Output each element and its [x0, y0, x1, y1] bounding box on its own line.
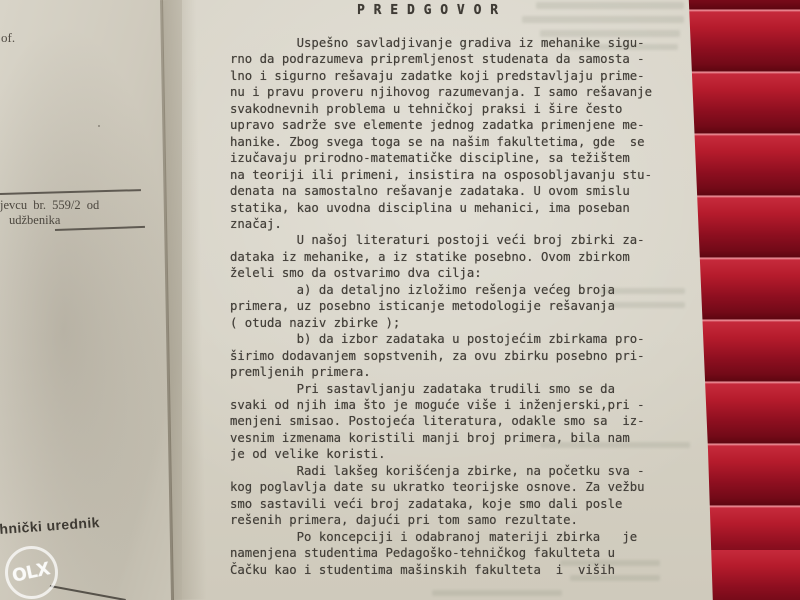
ghost-text: [536, 2, 684, 9]
olx-watermark: OLX: [5, 546, 58, 599]
page-title: P R E D G O V O R: [357, 3, 499, 18]
ghost-text: [432, 590, 562, 596]
paper-speck: [98, 125, 100, 127]
left-page-fragment: of.: [1, 30, 15, 46]
right-page: of. jevcu br. 559/2 od udžbenika hnički …: [0, 0, 800, 600]
left-page-imprint-line: jevcu br. 559/2 od: [0, 198, 99, 213]
left-page-imprint-line: udžbenika: [9, 213, 60, 228]
left-page: [0, 0, 182, 600]
olx-watermark-label: OLX: [11, 559, 52, 586]
ghost-text: [522, 16, 684, 23]
book-photo: of. jevcu br. 559/2 od udžbenika hnički …: [0, 0, 800, 600]
preface-body-text: Uspešno savladjivanje gradiva iz mehanik…: [230, 35, 652, 578]
